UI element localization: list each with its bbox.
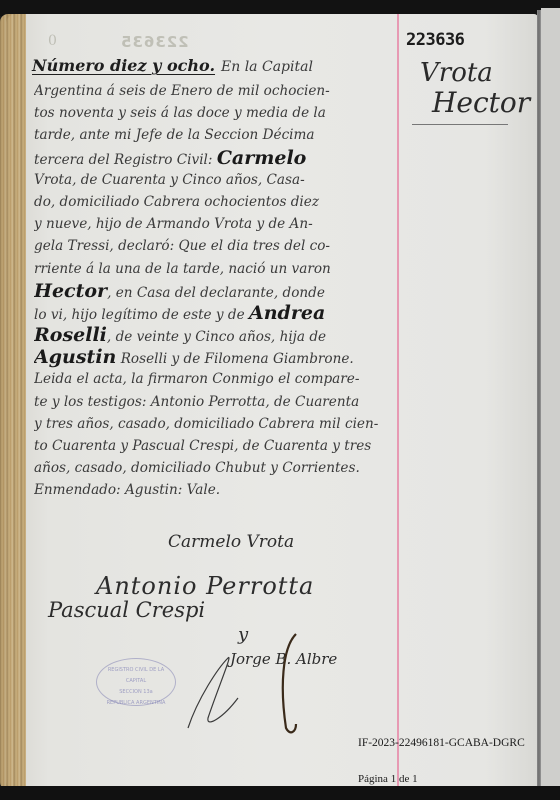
signature-declarant: Carmelo Vrota — [168, 532, 294, 552]
bleedthrough-number: 223635 — [120, 33, 189, 51]
page-number: Página 1 de 1 — [358, 773, 418, 785]
body-line: tercera del Registro Civil: Carmelo — [34, 147, 396, 169]
stamp-line: SECCION 13a — [97, 687, 175, 698]
body-line: años, casado, domiciliado Chubut y Corri… — [34, 457, 396, 479]
child-name: Hector — [34, 280, 107, 302]
adjacent-page-strip — [541, 8, 560, 790]
body-line: Vrota, de Cuarenta y Cinco años, Casa- — [34, 169, 396, 191]
body-line: to Cuarenta y Pascual Crespi, de Cuarent… — [34, 435, 396, 457]
body-line: lo vi, hijo legítimo de este y de Andrea — [34, 302, 396, 324]
mother-last-name: Roselli — [34, 324, 107, 346]
declarant-first-name: Carmelo — [217, 147, 307, 169]
body-line: Hector, en Casa del declarante, donde — [34, 280, 396, 302]
margin-given-name: Hector — [432, 86, 530, 119]
body-line: Enmendado: Agustin: Vale. — [34, 479, 396, 501]
stamp-line: REGISTRO CIVIL DE LA CAPITAL — [97, 665, 175, 687]
mother-first-name: Andrea — [249, 302, 325, 324]
body-line: rriente á la una de la tarde, nació un v… — [34, 258, 396, 280]
ghost-mark: 0 — [48, 33, 57, 49]
grandfather-first-name: Agustin — [34, 346, 116, 368]
record-body: Argentina á seis de Enero de mil ochocie… — [34, 58, 396, 502]
body-line-text: de veinte y Cinco años, hija de — [116, 329, 327, 345]
signature-witness-2: Pascual Crespi — [48, 598, 205, 622]
margin-rule-pink — [397, 14, 399, 790]
body-line: do, domiciliado Cabrera ochocientos diez — [34, 191, 396, 213]
margin-underline — [412, 124, 508, 125]
body-line-text: Roselli y de Filomena Giambrone. — [121, 351, 354, 367]
body-line: gela Tressi, declaró: Que el dia tres de… — [34, 235, 396, 257]
body-line-text: lo vi, hijo legítimo de este y de — [34, 307, 245, 323]
body-line: y tres años, casado, domiciliado Cabrera… — [34, 413, 396, 435]
body-line: y nueve, hijo de Armando Vrota y de An- — [34, 213, 396, 235]
margin-surname: Vrota — [420, 58, 493, 88]
record-number-stamp: 223636 — [406, 30, 464, 50]
body-line-text: en Casa del declarante, donde — [116, 285, 325, 301]
signature-flourish-icon — [178, 628, 318, 738]
stamp-line: REPUBLICA ARGENTINA — [97, 698, 175, 709]
body-line: Leida el acta, la firmaron Conmigo el co… — [34, 368, 396, 390]
document-identifier: IF-2023-22496181-GCABA-DGRC — [358, 737, 525, 749]
book-page-edges — [0, 14, 26, 790]
body-line: Argentina á seis de Enero de mil ochocie… — [34, 80, 396, 102]
signature-witness-1: Antonio Perrotta — [96, 572, 314, 600]
registry-stamp: REGISTRO CIVIL DE LA CAPITAL SECCION 13a… — [96, 658, 176, 706]
body-line: Agustin Roselli y de Filomena Giambrone. — [34, 346, 396, 368]
body-line: tarde, ante mi Jefe de la Seccion Décima — [34, 124, 396, 146]
body-line-text: tercera del Registro Civil: — [34, 152, 212, 168]
body-line: te y los testigos: Antonio Perrotta, de … — [34, 391, 396, 413]
body-line: Roselli, de veinte y Cinco años, hija de — [34, 324, 396, 346]
scan-bottom-border — [0, 786, 560, 800]
body-line: tos noventa y seis á las doce y media de… — [34, 102, 396, 124]
